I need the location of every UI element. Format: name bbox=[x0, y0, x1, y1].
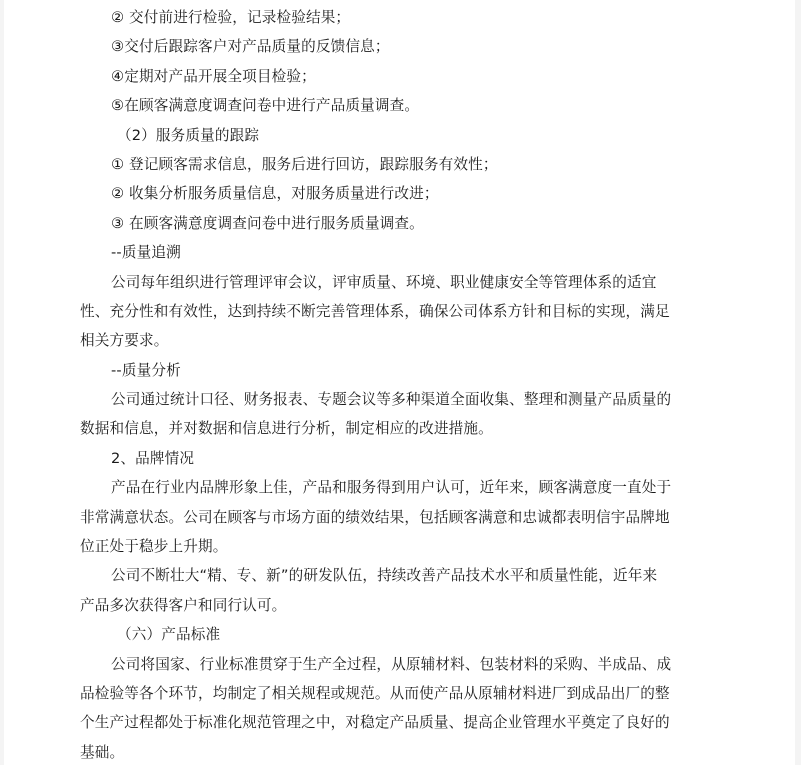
list-item-periodic-full-inspection: ④定期对产品开展全项目检验； bbox=[80, 62, 720, 91]
paragraph-brand-image: 产品在行业内品牌形象上佳，产品和服务得到用户认可，近年来，顾客满意度一直处于 非… bbox=[80, 473, 720, 561]
paragraph-line: 公司不断壮大“精、专、新”的研发队伍，持续改善产品技术水平和质量性能，近年来 bbox=[80, 561, 720, 590]
paragraph-line: 基础。 bbox=[80, 738, 720, 765]
subheading-brand-status: 2、品牌情况 bbox=[80, 444, 720, 473]
paragraph-line: 性、充分性和有效性，达到持续不断完善管理体系，确保公司体系方针和目标的实现，满足 bbox=[80, 297, 720, 326]
paragraph-line: 位正处于稳步上升期。 bbox=[80, 532, 720, 561]
section-heading-product-standards: （六）产品标准 bbox=[80, 620, 720, 649]
document-body: ② 交付前进行检验，记录检验结果； ③交付后跟踪客户对产品质量的反馈信息； ④定… bbox=[80, 3, 720, 765]
list-item-collect-service-info: ② 收集分析服务质量信息，对服务质量进行改进； bbox=[80, 179, 720, 208]
paragraph-line: 非常满意状态。公司在顾客与市场方面的绩效结果，包括顾客满意和忠诚都表明信宇品牌地 bbox=[80, 503, 720, 532]
paragraph-rd-team: 公司不断壮大“精、专、新”的研发队伍，持续改善产品技术水平和质量性能，近年来 产… bbox=[80, 561, 720, 620]
subheading-service-quality-tracking: （2）服务质量的跟踪 bbox=[80, 121, 720, 150]
paragraph-line: 产品多次获得客户和同行认可。 bbox=[80, 591, 720, 620]
list-item-product-feedback-tracking: ③交付后跟踪客户对产品质量的反馈信息； bbox=[80, 32, 720, 61]
paragraph-line: 相关方要求。 bbox=[80, 326, 720, 355]
paragraph-line: 个生产过程都处于标准化规范管理之中，对稳定产品质量、提高企业管理水平奠定了良好的 bbox=[80, 708, 720, 737]
list-item-service-satisfaction-survey: ③ 在顾客满意度调查问卷中进行服务质量调查。 bbox=[80, 209, 720, 238]
list-item-product-satisfaction-survey: ⑤在顾客满意度调查问卷中进行产品质量调查。 bbox=[80, 91, 720, 120]
subheading-quality-analysis: --质量分析 bbox=[80, 356, 720, 385]
paragraph-line: 产品在行业内品牌形象上佳，产品和服务得到用户认可，近年来，顾客满意度一直处于 bbox=[80, 473, 720, 502]
paragraph-management-review: 公司每年组织进行管理评审会议，评审质量、环境、职业健康安全等管理体系的适宜 性、… bbox=[80, 268, 720, 356]
paragraph-line: 公司将国家、行业标准贯穿于生产全过程，从原辅材料、包装材料的采购、半成品、成 bbox=[80, 650, 720, 679]
paragraph-line: 公司通过统计口径、财务报表、专题会议等多种渠道全面收集、整理和测量产品质量的 bbox=[80, 385, 720, 414]
paragraph-line: 公司每年组织进行管理评审会议，评审质量、环境、职业健康安全等管理体系的适宜 bbox=[80, 268, 720, 297]
paragraph-quality-data-collection: 公司通过统计口径、财务报表、专题会议等多种渠道全面收集、整理和测量产品质量的 数… bbox=[80, 385, 720, 444]
paragraph-line: 数据和信息，并对数据和信息进行分析，制定相应的改进措施。 bbox=[80, 414, 720, 443]
document-page: ② 交付前进行检验，记录检验结果； ③交付后跟踪客户对产品质量的反馈信息； ④定… bbox=[4, 0, 795, 765]
list-item-product-inspection-before-delivery: ② 交付前进行检验，记录检验结果； bbox=[80, 3, 720, 32]
paragraph-standards-implementation: 公司将国家、行业标准贯穿于生产全过程，从原辅材料、包装材料的采购、半成品、成 品… bbox=[80, 650, 720, 765]
subheading-quality-traceability: --质量追溯 bbox=[80, 238, 720, 267]
list-item-register-customer-needs: ① 登记顾客需求信息，服务后进行回访，跟踪服务有效性； bbox=[80, 150, 720, 179]
paragraph-line: 品检验等各个环节，均制定了相关规程或规范。从而使产品从原辅材料进厂到成品出厂的整 bbox=[80, 679, 720, 708]
